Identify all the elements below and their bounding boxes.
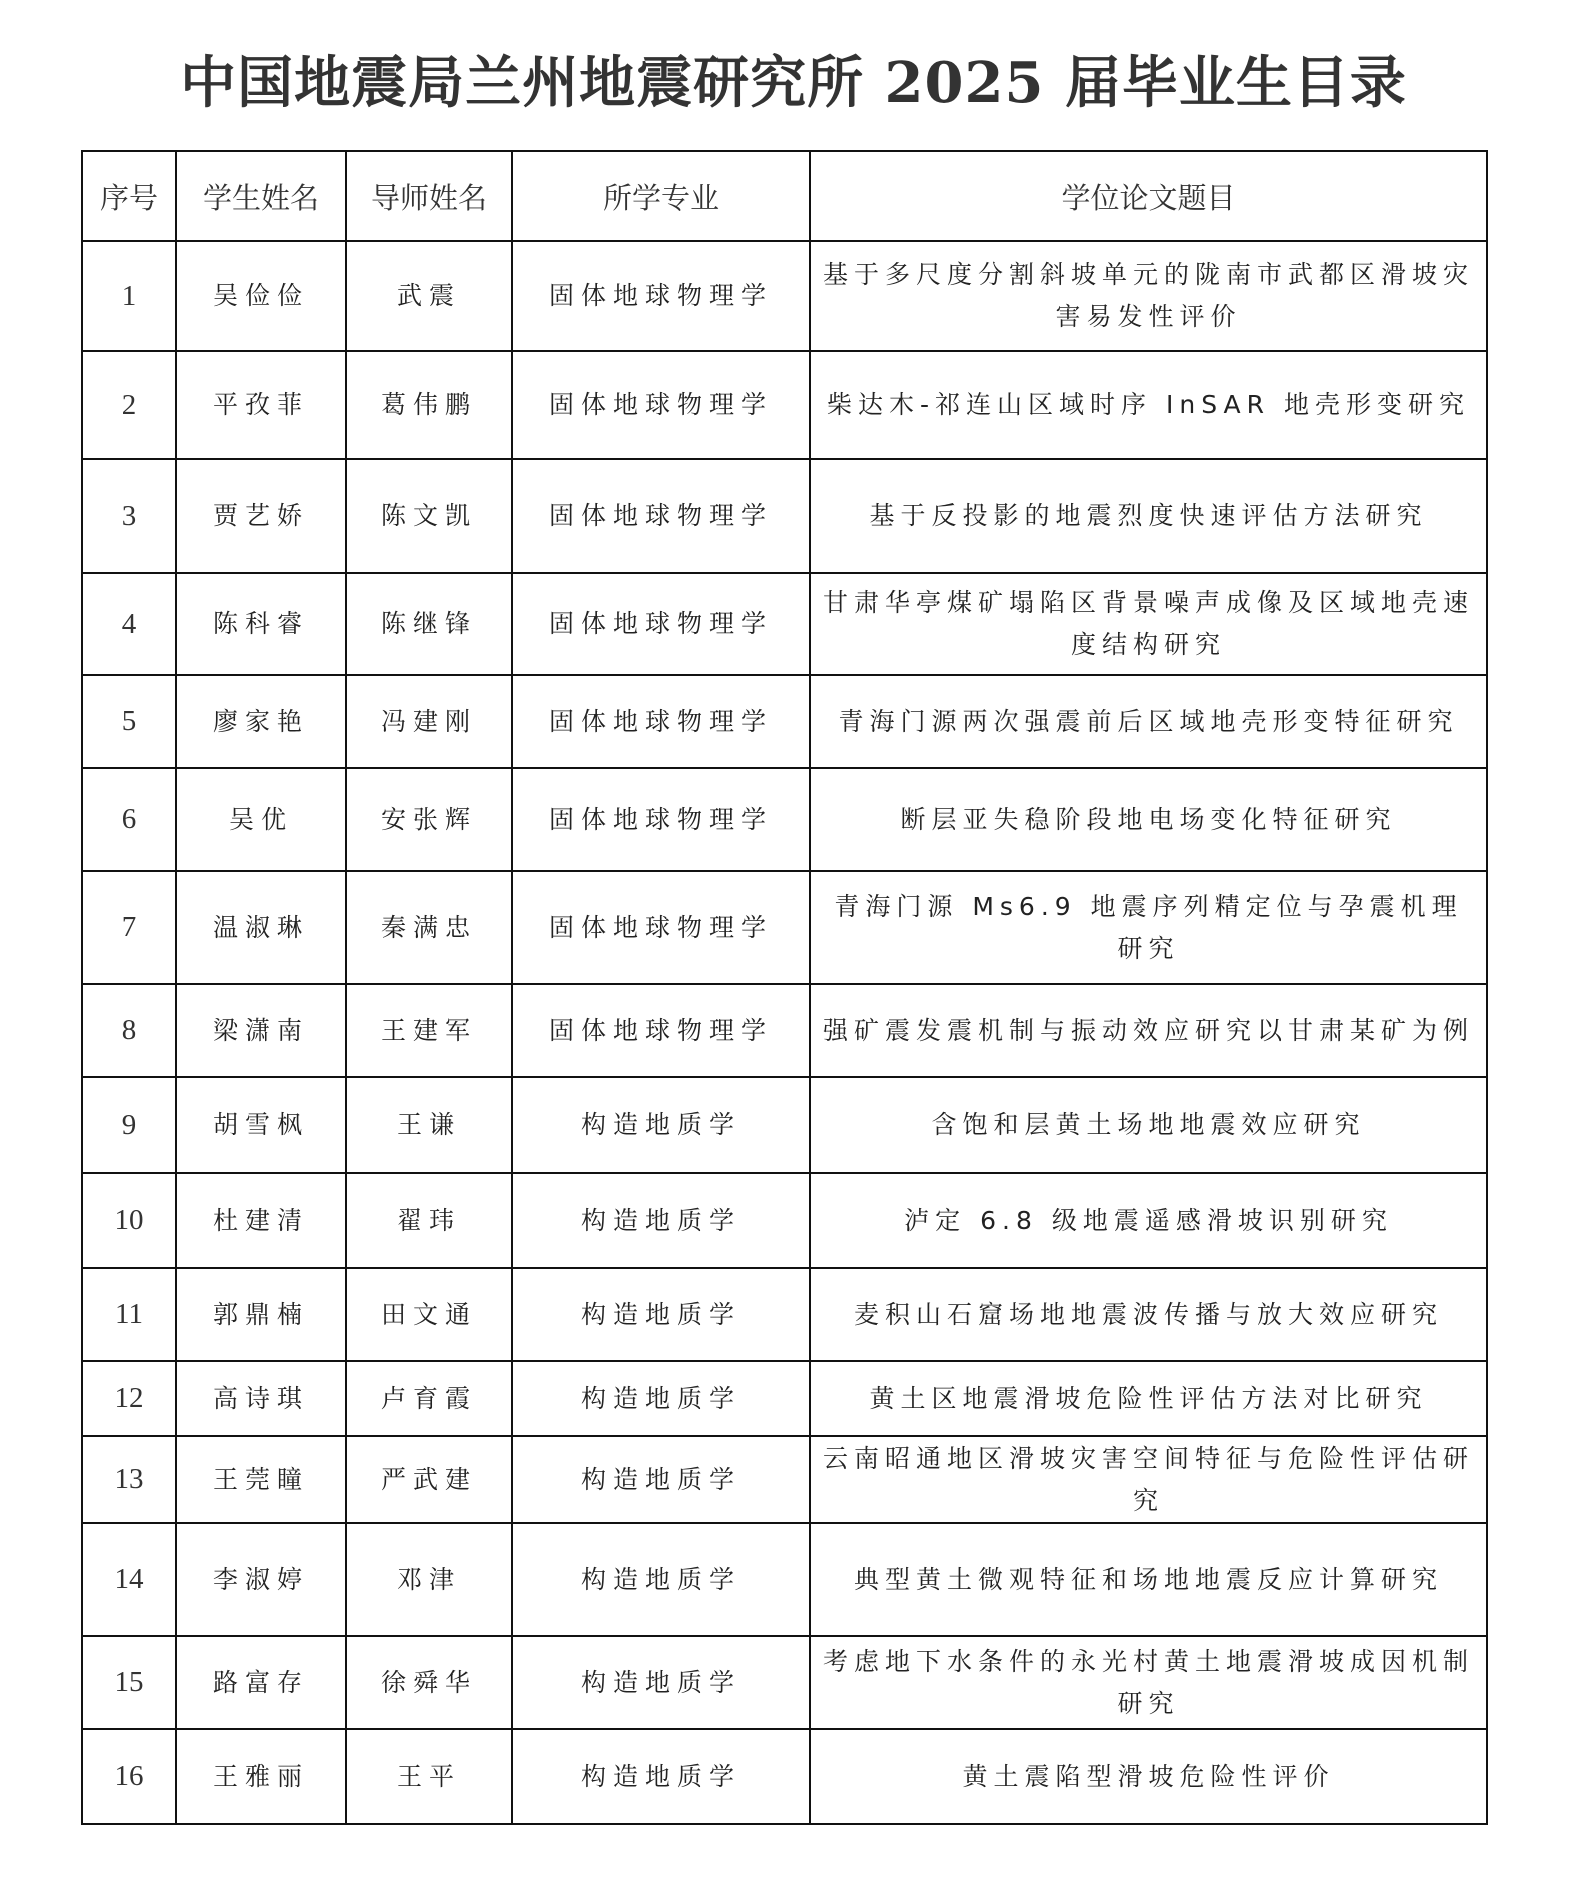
serial-number-cell: 2 xyxy=(82,351,176,459)
major-cell: 固体地球物理学 xyxy=(512,241,810,351)
table-row: 10杜建清翟玮构造地质学泸定 6.8 级地震遥感滑坡识别研究 xyxy=(82,1173,1487,1268)
header-advisor-name: 导师姓名 xyxy=(346,151,512,241)
student-name-cell: 李淑婷 xyxy=(176,1523,346,1636)
table-row: 12高诗琪卢育霞构造地质学黄土区地震滑坡危险性评估方法对比研究 xyxy=(82,1361,1487,1436)
student-name-cell: 高诗琪 xyxy=(176,1361,346,1436)
serial-number-cell: 14 xyxy=(82,1523,176,1636)
table-body: 1吴俭俭武震固体地球物理学基于多尺度分割斜坡单元的陇南市武都区滑坡灾害易发性评价… xyxy=(82,241,1487,1824)
major-cell: 构造地质学 xyxy=(512,1636,810,1729)
advisor-name-cell: 葛伟鹏 xyxy=(346,351,512,459)
student-name-cell: 平孜菲 xyxy=(176,351,346,459)
student-name-cell: 郭鼎楠 xyxy=(176,1268,346,1361)
major-cell: 构造地质学 xyxy=(512,1268,810,1361)
thesis-title-cell: 黄土震陷型滑坡危险性评价 xyxy=(810,1729,1487,1824)
student-name-cell: 王雅丽 xyxy=(176,1729,346,1824)
table-header-row: 序号 学生姓名 导师姓名 所学专业 学位论文题目 xyxy=(82,151,1487,241)
student-name-cell: 廖家艳 xyxy=(176,675,346,768)
advisor-name-cell: 武震 xyxy=(346,241,512,351)
serial-number-cell: 12 xyxy=(82,1361,176,1436)
student-name-cell: 路富存 xyxy=(176,1636,346,1729)
thesis-title-cell: 基于反投影的地震烈度快速评估方法研究 xyxy=(810,459,1487,573)
student-name-cell: 吴优 xyxy=(176,768,346,871)
student-name-cell: 温淑琳 xyxy=(176,871,346,984)
major-cell: 固体地球物理学 xyxy=(512,984,810,1077)
header-serial-number: 序号 xyxy=(82,151,176,241)
serial-number-cell: 15 xyxy=(82,1636,176,1729)
advisor-name-cell: 陈继锋 xyxy=(346,573,512,675)
serial-number-cell: 11 xyxy=(82,1268,176,1361)
page-title: 中国地震局兰州地震研究所 2025 届毕业生目录 xyxy=(0,48,1587,118)
advisor-name-cell: 秦满忠 xyxy=(346,871,512,984)
table-row: 1吴俭俭武震固体地球物理学基于多尺度分割斜坡单元的陇南市武都区滑坡灾害易发性评价 xyxy=(82,241,1487,351)
header-thesis-title: 学位论文题目 xyxy=(810,151,1487,241)
advisor-name-cell: 田文通 xyxy=(346,1268,512,1361)
serial-number-cell: 3 xyxy=(82,459,176,573)
thesis-title-cell: 甘肃华亭煤矿塌陷区背景噪声成像及区域地壳速度结构研究 xyxy=(810,573,1487,675)
table-row: 11郭鼎楠田文通构造地质学麦积山石窟场地地震波传播与放大效应研究 xyxy=(82,1268,1487,1361)
thesis-title-cell: 青海门源 Ms6.9 地震序列精定位与孕震机理研究 xyxy=(810,871,1487,984)
table-row: 3贾艺娇陈文凯固体地球物理学基于反投影的地震烈度快速评估方法研究 xyxy=(82,459,1487,573)
student-name-cell: 杜建清 xyxy=(176,1173,346,1268)
table-row: 8梁潇南王建军固体地球物理学强矿震发震机制与振动效应研究以甘肃某矿为例 xyxy=(82,984,1487,1077)
serial-number-cell: 4 xyxy=(82,573,176,675)
major-cell: 固体地球物理学 xyxy=(512,459,810,573)
major-cell: 构造地质学 xyxy=(512,1173,810,1268)
advisor-name-cell: 王谦 xyxy=(346,1077,512,1173)
student-name-cell: 贾艺娇 xyxy=(176,459,346,573)
major-cell: 构造地质学 xyxy=(512,1436,810,1523)
header-major: 所学专业 xyxy=(512,151,810,241)
serial-number-cell: 10 xyxy=(82,1173,176,1268)
advisor-name-cell: 徐舜华 xyxy=(346,1636,512,1729)
student-name-cell: 胡雪枫 xyxy=(176,1077,346,1173)
table-row: 2平孜菲葛伟鹏固体地球物理学柴达木-祁连山区域时序 InSAR 地壳形变研究 xyxy=(82,351,1487,459)
major-cell: 构造地质学 xyxy=(512,1077,810,1173)
thesis-title-cell: 云南昭通地区滑坡灾害空间特征与危险性评估研究 xyxy=(810,1436,1487,1523)
thesis-title-cell: 考虑地下水条件的永光村黄土地震滑坡成因机制研究 xyxy=(810,1636,1487,1729)
major-cell: 固体地球物理学 xyxy=(512,573,810,675)
major-cell: 固体地球物理学 xyxy=(512,675,810,768)
advisor-name-cell: 邓津 xyxy=(346,1523,512,1636)
table-row: 16王雅丽王平构造地质学黄土震陷型滑坡危险性评价 xyxy=(82,1729,1487,1824)
serial-number-cell: 16 xyxy=(82,1729,176,1824)
thesis-title-cell: 黄土区地震滑坡危险性评估方法对比研究 xyxy=(810,1361,1487,1436)
student-name-cell: 吴俭俭 xyxy=(176,241,346,351)
major-cell: 构造地质学 xyxy=(512,1729,810,1824)
serial-number-cell: 7 xyxy=(82,871,176,984)
advisor-name-cell: 王平 xyxy=(346,1729,512,1824)
advisor-name-cell: 安张辉 xyxy=(346,768,512,871)
serial-number-cell: 6 xyxy=(82,768,176,871)
serial-number-cell: 1 xyxy=(82,241,176,351)
table-row: 7温淑琳秦满忠固体地球物理学青海门源 Ms6.9 地震序列精定位与孕震机理研究 xyxy=(82,871,1487,984)
major-cell: 固体地球物理学 xyxy=(512,871,810,984)
thesis-title-cell: 含饱和层黄土场地地震效应研究 xyxy=(810,1077,1487,1173)
table-row: 4陈科睿陈继锋固体地球物理学甘肃华亭煤矿塌陷区背景噪声成像及区域地壳速度结构研究 xyxy=(82,573,1487,675)
student-name-cell: 梁潇南 xyxy=(176,984,346,1077)
advisor-name-cell: 冯建刚 xyxy=(346,675,512,768)
table-row: 5廖家艳冯建刚固体地球物理学青海门源两次强震前后区域地壳形变特征研究 xyxy=(82,675,1487,768)
major-cell: 固体地球物理学 xyxy=(512,351,810,459)
table-row: 14李淑婷邓津构造地质学典型黄土微观特征和场地地震反应计算研究 xyxy=(82,1523,1487,1636)
advisor-name-cell: 严武建 xyxy=(346,1436,512,1523)
serial-number-cell: 13 xyxy=(82,1436,176,1523)
major-cell: 构造地质学 xyxy=(512,1361,810,1436)
thesis-title-cell: 断层亚失稳阶段地电场变化特征研究 xyxy=(810,768,1487,871)
thesis-title-cell: 麦积山石窟场地地震波传播与放大效应研究 xyxy=(810,1268,1487,1361)
serial-number-cell: 9 xyxy=(82,1077,176,1173)
table-row: 6吴优安张辉固体地球物理学断层亚失稳阶段地电场变化特征研究 xyxy=(82,768,1487,871)
thesis-title-cell: 基于多尺度分割斜坡单元的陇南市武都区滑坡灾害易发性评价 xyxy=(810,241,1487,351)
serial-number-cell: 5 xyxy=(82,675,176,768)
advisor-name-cell: 王建军 xyxy=(346,984,512,1077)
advisor-name-cell: 陈文凯 xyxy=(346,459,512,573)
student-name-cell: 陈科睿 xyxy=(176,573,346,675)
thesis-title-cell: 青海门源两次强震前后区域地壳形变特征研究 xyxy=(810,675,1487,768)
major-cell: 固体地球物理学 xyxy=(512,768,810,871)
thesis-title-cell: 强矿震发震机制与振动效应研究以甘肃某矿为例 xyxy=(810,984,1487,1077)
graduate-roster-table: 序号 学生姓名 导师姓名 所学专业 学位论文题目 1吴俭俭武震固体地球物理学基于… xyxy=(81,150,1488,1825)
advisor-name-cell: 卢育霞 xyxy=(346,1361,512,1436)
thesis-title-cell: 泸定 6.8 级地震遥感滑坡识别研究 xyxy=(810,1173,1487,1268)
table-row: 13王莞瞳严武建构造地质学云南昭通地区滑坡灾害空间特征与危险性评估研究 xyxy=(82,1436,1487,1523)
header-student-name: 学生姓名 xyxy=(176,151,346,241)
table-row: 9胡雪枫王谦构造地质学含饱和层黄土场地地震效应研究 xyxy=(82,1077,1487,1173)
thesis-title-cell: 柴达木-祁连山区域时序 InSAR 地壳形变研究 xyxy=(810,351,1487,459)
serial-number-cell: 8 xyxy=(82,984,176,1077)
student-name-cell: 王莞瞳 xyxy=(176,1436,346,1523)
thesis-title-cell: 典型黄土微观特征和场地地震反应计算研究 xyxy=(810,1523,1487,1636)
table-row: 15路富存徐舜华构造地质学考虑地下水条件的永光村黄土地震滑坡成因机制研究 xyxy=(82,1636,1487,1729)
advisor-name-cell: 翟玮 xyxy=(346,1173,512,1268)
major-cell: 构造地质学 xyxy=(512,1523,810,1636)
